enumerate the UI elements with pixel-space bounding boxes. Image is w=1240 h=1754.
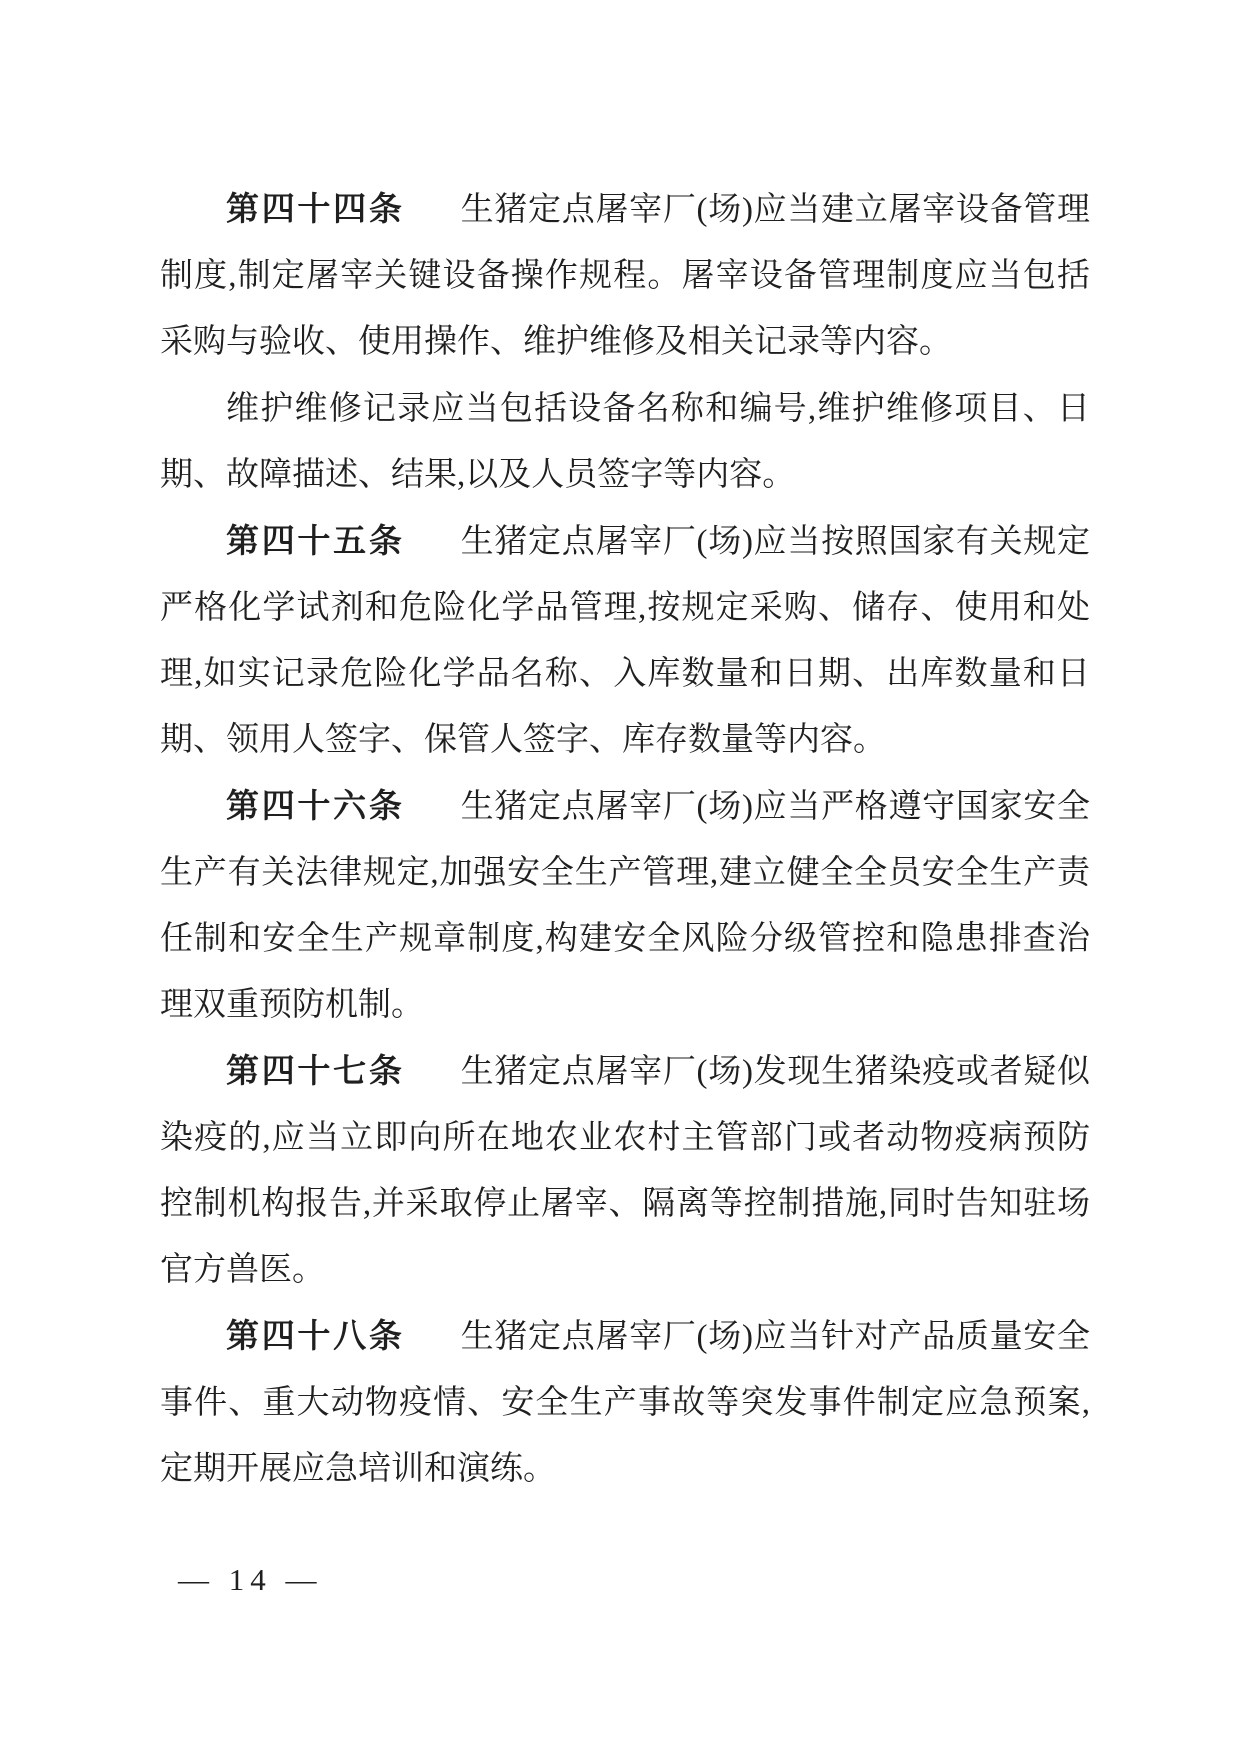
article-text: 维护维修记录应当包括设备名称和编号,维护维修项目、日期、故障描述、结果,以及人员… (160, 391, 1090, 493)
article-number: 第四十五条 (226, 522, 405, 559)
article-paragraph-45: 第四十五条生猪定点屠宰厂(场)应当按照国家有关规定严格化学试剂和危险化学品管理,… (160, 508, 1090, 773)
page-number: — 14 — (178, 1560, 323, 1600)
article-paragraph-47: 第四十七条生猪定点屠宰厂(场)发现生猪染疫或者疑似染疫的,应当立即向所在地农业农… (160, 1038, 1090, 1303)
article-number: 第四十六条 (226, 787, 405, 824)
article-paragraph-44: 第四十四条生猪定点屠宰厂(场)应当建立屠宰设备管理制度,制定屠宰关键设备操作规程… (160, 176, 1090, 375)
article-text: 生猪定点屠宰厂(场)应当严格遵守国家安全生产有关法律规定,加强安全生产管理,建立… (160, 789, 1090, 1023)
document-page: 第四十四条生猪定点屠宰厂(场)应当建立屠宰设备管理制度,制定屠宰关键设备操作规程… (0, 0, 1240, 1754)
article-paragraph-46: 第四十六条生猪定点屠宰厂(场)应当严格遵守国家安全生产有关法律规定,加强安全生产… (160, 773, 1090, 1038)
article-number: 第四十七条 (226, 1052, 405, 1089)
article-text: 生猪定点屠宰厂(场)应当按照国家有关规定严格化学试剂和危险化学品管理,按规定采购… (160, 524, 1090, 758)
document-body: 第四十四条生猪定点屠宰厂(场)应当建立屠宰设备管理制度,制定屠宰关键设备操作规程… (160, 176, 1090, 1502)
article-text: 生猪定点屠宰厂(场)发现生猪染疫或者疑似染疫的,应当立即向所在地农业农村主管部门… (160, 1054, 1090, 1288)
article-number: 第四十四条 (226, 190, 405, 227)
article-paragraph-44-sub: 维护维修记录应当包括设备名称和编号,维护维修项目、日期、故障描述、结果,以及人员… (160, 375, 1090, 508)
article-paragraph-48: 第四十八条生猪定点屠宰厂(场)应当针对产品质量安全事件、重大动物疫情、安全生产事… (160, 1303, 1090, 1502)
article-number: 第四十八条 (226, 1317, 405, 1354)
